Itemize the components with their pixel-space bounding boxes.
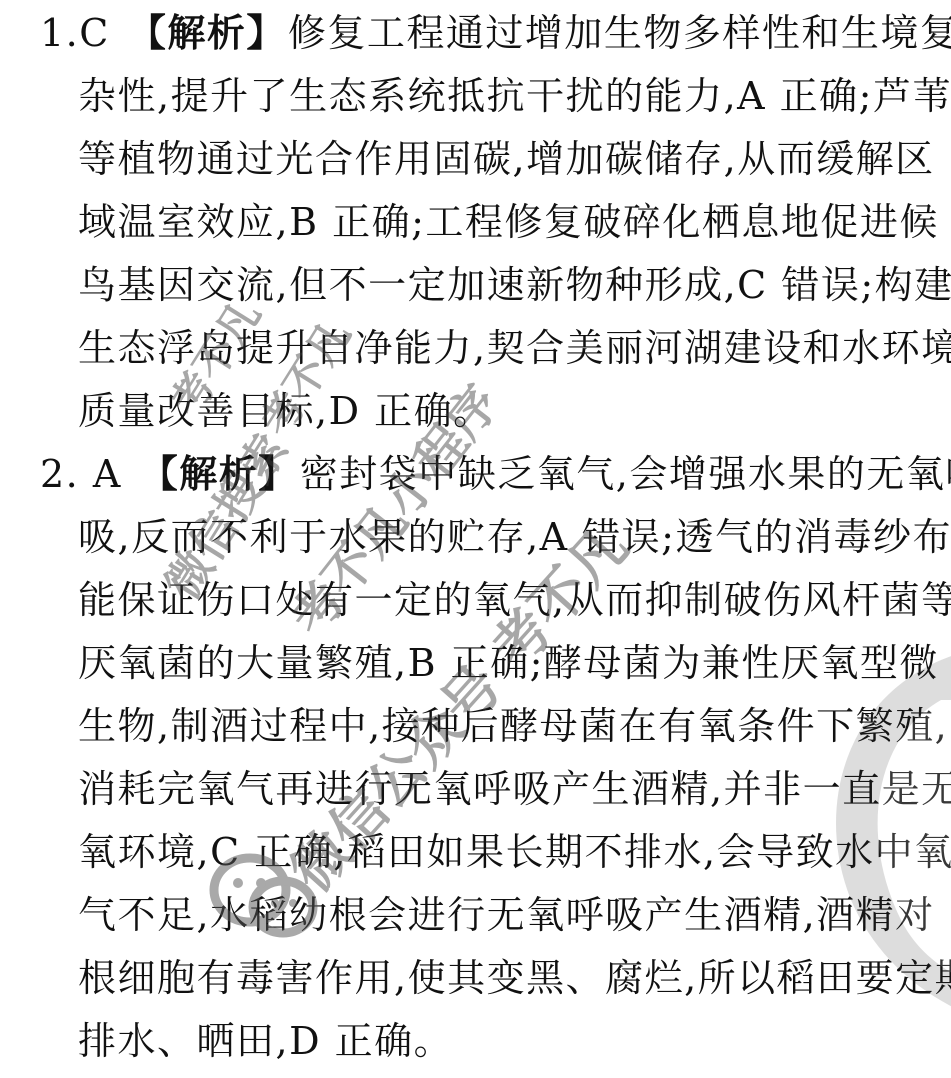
item-2-line-5: 生物,制酒过程中,接种后酵母菌在有氧条件下繁殖, <box>0 696 951 756</box>
item-1-line-3: 等植物通过光合作用固碳,增加碳储存,从而缓解区 <box>0 129 951 189</box>
item-2-line-10: 排水、晒田,D 正确。 <box>0 1011 951 1071</box>
item-2-line-7: 氧环境,C 正确;稻田如果长期不排水,会导致水中氧 <box>0 822 951 882</box>
item-1-analysis-tag: 【解析】 <box>128 10 286 55</box>
document-page: 1.C【解析】修复工程通过增加生物多样性和生境复 杂性,提升了生态系统抵抗干扰的… <box>0 0 951 1078</box>
item-2-line-2: 吸,反而不利于水果的贮存,A 错误;透气的消毒纱布 <box>0 507 951 567</box>
item-2-line-6: 消耗完氧气再进行无氧呼吸产生酒精,并非一直是无 <box>0 759 951 819</box>
item-1-line-6: 生态浮岛提升自净能力,契合美丽河湖建设和水环境 <box>0 318 951 378</box>
item-1-line-1: 1.C【解析】修复工程通过增加生物多样性和生境复 <box>0 3 951 63</box>
item-2-line-1: 2. A【解析】密封袋中缺乏氧气,会增强水果的无氧呼 <box>0 444 951 504</box>
item-2-line-4: 厌氧菌的大量繁殖,B 正确;酵母菌为兼性厌氧型微 <box>0 633 951 693</box>
item-1-number: 1.C <box>40 3 110 63</box>
item-1-line-5: 鸟基因交流,但不一定加速新物种形成,C 错误;构建 <box>0 255 951 315</box>
item-2-analysis-tag: 【解析】 <box>140 451 298 496</box>
item-2-line-3: 能保证伤口处有一定的氧气,从而抑制破伤风杆菌等 <box>0 570 951 630</box>
item-2-line-9: 根细胞有毒害作用,使其变黑、腐烂,所以稻田要定期 <box>0 948 951 1008</box>
item-1-line-7: 质量改善目标,D 正确。 <box>0 381 951 441</box>
item-2-number: 2. A <box>40 444 122 504</box>
item-2-text: 密封袋中缺乏氧气,会增强水果的无氧呼 <box>300 452 951 496</box>
item-1-line-4: 域温室效应,B 正确;工程修复破碎化栖息地促进候 <box>0 192 951 252</box>
item-2-line-8: 气不足,水稻幼根会进行无氧呼吸产生酒精,酒精对 <box>0 885 951 945</box>
item-1-line-2: 杂性,提升了生态系统抵抗干扰的能力,A 正确;芦苇 <box>0 66 951 126</box>
item-1-text: 修复工程通过增加生物多样性和生境复 <box>288 11 951 55</box>
